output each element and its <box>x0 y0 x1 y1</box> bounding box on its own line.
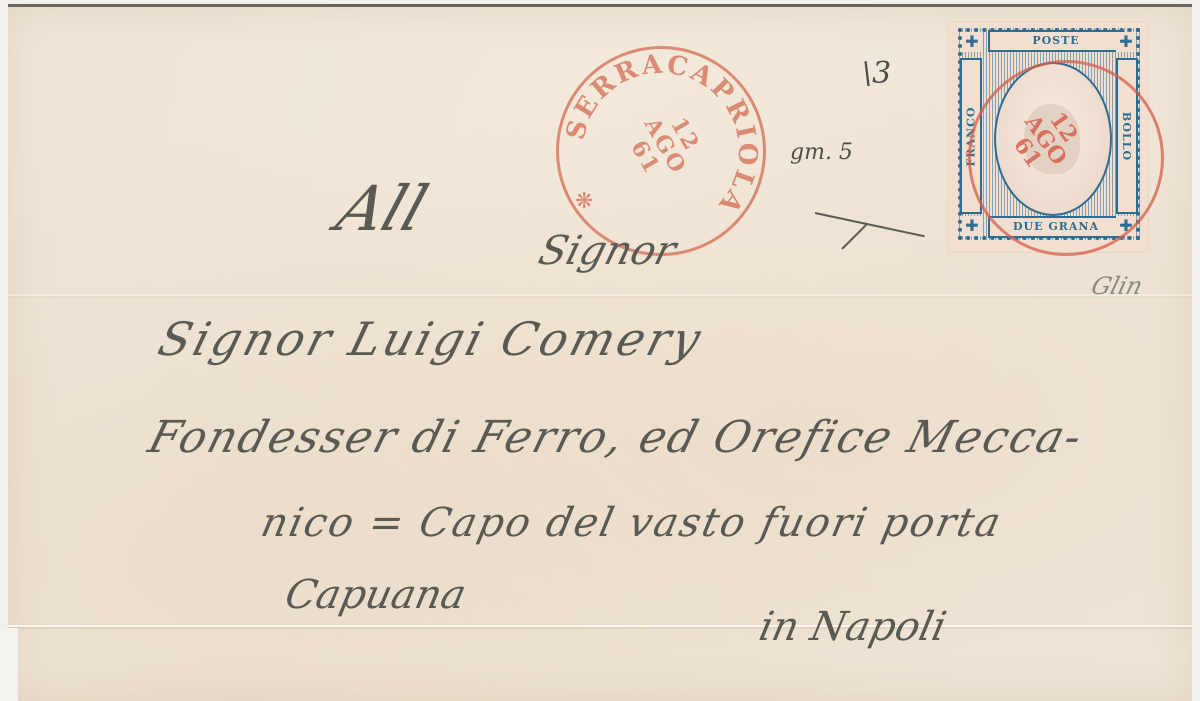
margin-note: Glin <box>1088 272 1145 300</box>
address-street: Capuana <box>281 572 470 618</box>
cover-edge <box>0 628 18 701</box>
cross-icon: ✚ <box>962 32 982 52</box>
address-location: nico = Capo del vasto fuori porta <box>257 500 1006 546</box>
cross-icon: ✚ <box>1116 32 1136 52</box>
address-city: in Napoli <box>755 604 950 650</box>
cross-icon: ✚ <box>962 216 982 236</box>
postmark-serracapriola: SERRACAPRIOLA 12 AGO 61 ❋ <box>556 46 766 256</box>
postmark-ornament-icon: ❋ <box>575 189 593 214</box>
manuscript-mark-top: \3 <box>862 56 891 91</box>
paper-fold-upper <box>8 294 1192 296</box>
manuscript-rate-note: gm. 5 <box>790 140 853 165</box>
address-recipient: Signor Luigi Comery <box>153 312 709 366</box>
address-occupation: Fondesser di Ferro, ed Orefice Mecca- <box>143 412 1089 463</box>
paper-fold-lower <box>8 625 1192 627</box>
address-honorific: Signor <box>534 228 681 274</box>
stamp-top-label: POSTE <box>988 30 1124 52</box>
postage-stamp: POSTE DUE GRANA FRANCO BOLLO ✚ ✚ ✚ ✚ 12 … <box>948 22 1148 252</box>
